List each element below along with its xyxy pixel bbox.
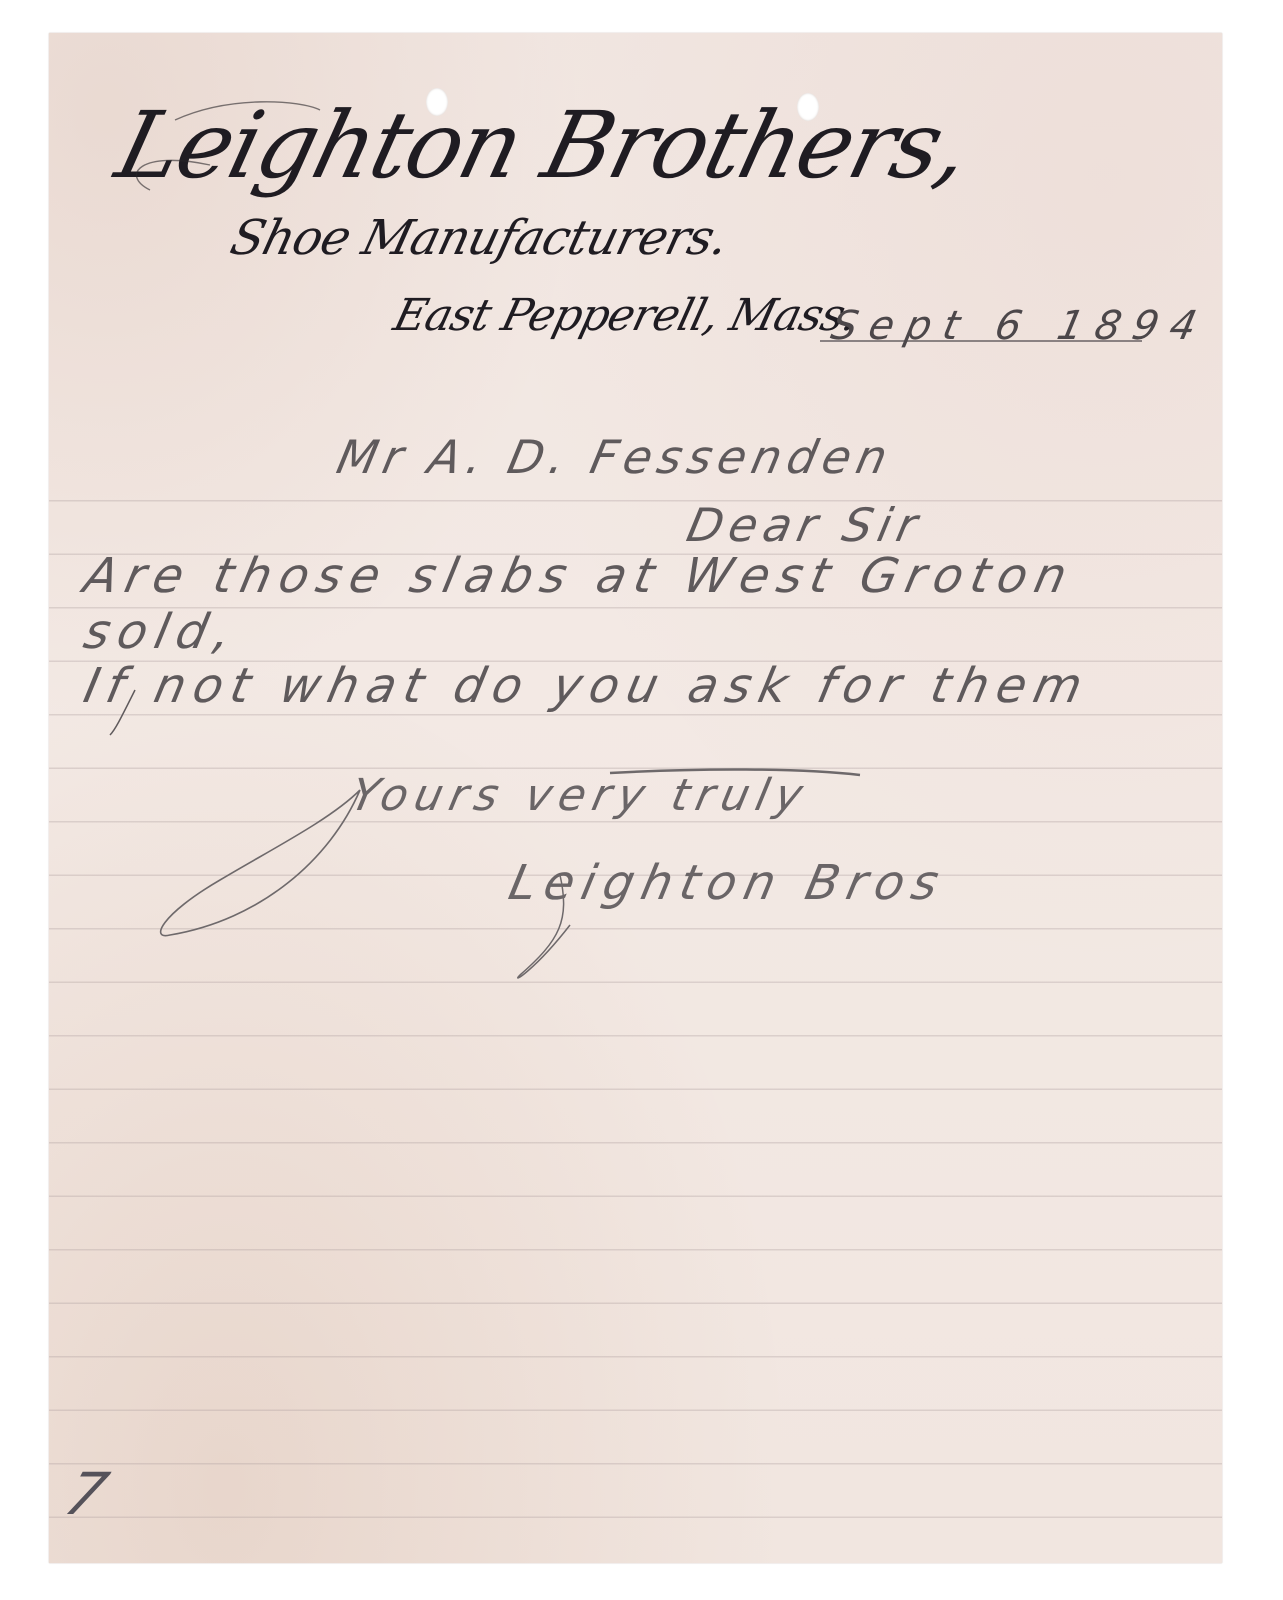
closing: Yours very truly: [347, 770, 814, 821]
letterhead-trade: Shoe Manufacturers.: [225, 210, 734, 266]
body-line-1: Are those slabs at West Groton: [79, 548, 1080, 604]
body-line-2: sold,: [79, 604, 244, 660]
salutation: Dear Sir: [682, 498, 928, 552]
body-line-3: If not what do you ask for them: [79, 658, 1095, 714]
signature: Leighton Bros: [504, 855, 951, 911]
recipient-name: Mr A. D. Fessenden: [332, 430, 898, 484]
letterhead-place: East Pepperell, Mass.: [389, 290, 863, 341]
letterhead-firm-name: Leighton Brothers,: [107, 92, 980, 199]
letter-date: Sept 6 1894: [827, 303, 1213, 349]
